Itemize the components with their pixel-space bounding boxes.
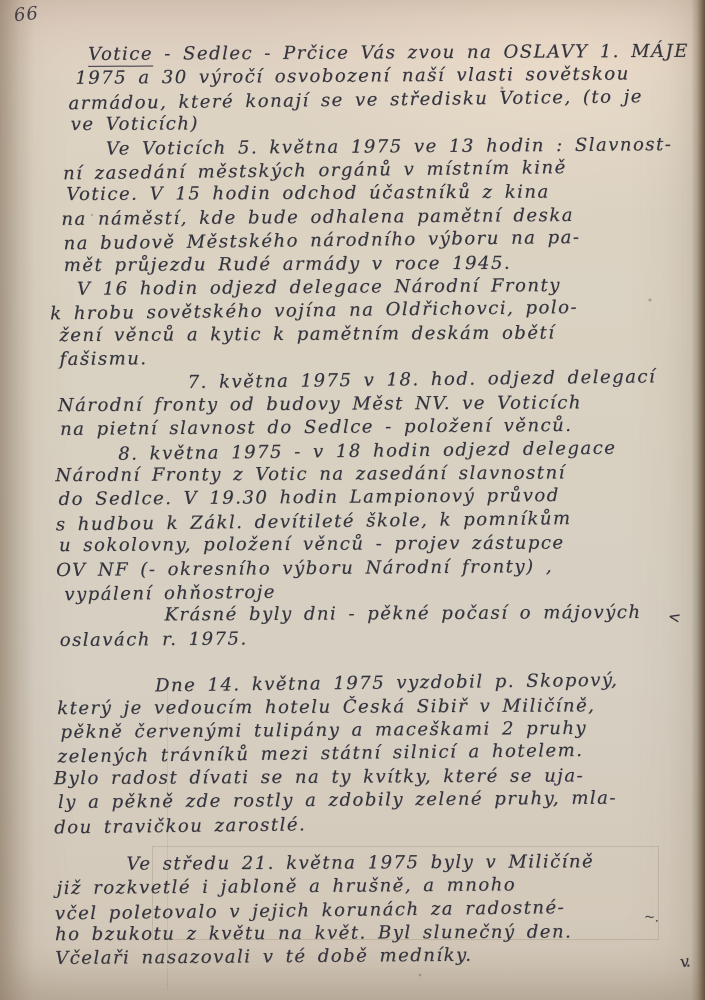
text-line: Krásné byly dni - pěkné počasí o májovýc… [164,601,697,627]
page-edge-shadow [691,0,705,1000]
text-line: Votice - Sedlec - Prčice Vás zvou na OSL… [88,40,693,67]
text-line: Národní Fronty z Votic na zasedání slavn… [55,461,696,488]
text-line: Národní fronty od budovy Měst NV. ve Vot… [58,391,696,418]
page-number: 66 [13,3,40,26]
text-line: ve Voticích) [71,110,694,137]
text-line: mět průjezdu Rudé armády v roce 1945. [64,250,695,277]
manuscript-text-block: Votice - Sedlec - Prčice Vás zvou na OSL… [48,39,700,971]
text-line: oslavách r. 1975. [60,624,698,652]
text-line: u sokolovny, položení věnců - projev zás… [59,531,697,558]
text-line: Ve středu 21. května 1975 byly v Miličín… [126,850,699,876]
text-line: Včelaři nasazovali v té době medníky. [55,942,700,970]
text-line: Bylo radost dívati se na ty kvítky, kter… [54,763,699,790]
book-gutter-shadow [0,0,34,1000]
text-line: který je vedoucím hotelu Česká Sibiř v M… [57,693,698,720]
underlined-text: Votice [88,44,153,67]
manuscript-page: 66 Votice - Sedlec - Prčice Vás zvou na … [0,0,705,1000]
text-line: Votice. V 15 hodin odchod účastníků z ki… [66,180,694,207]
stray-ink-smudge: ~. [643,909,659,925]
text-line: žení věnců a kytic k pamětním deskám obě… [59,320,695,347]
text-line: ho bzukotu z květu na květ. Byl slunečný… [55,920,700,947]
